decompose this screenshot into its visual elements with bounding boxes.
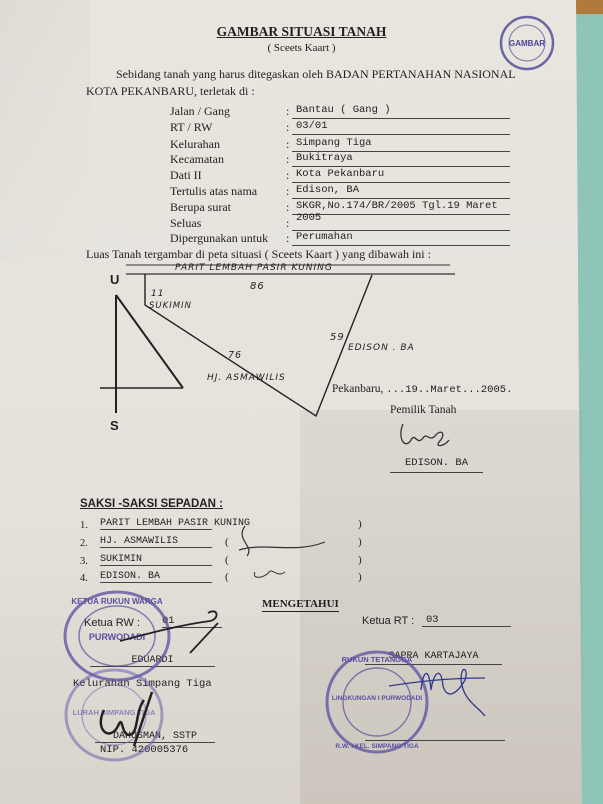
field-value: Bantau ( Gang ) bbox=[292, 104, 510, 119]
field-colon: : bbox=[286, 231, 289, 246]
witness-name: PARIT LEMBAH PASIR KUNING bbox=[100, 518, 212, 530]
signing-date: Pekanbaru, ...19..Maret...2005. bbox=[332, 383, 512, 396]
rt-label: Ketua RT : bbox=[362, 615, 414, 627]
witnesses-title: SAKSI -SAKSI SEPADAN : bbox=[80, 498, 223, 510]
neighbor-west-label: SUKIMIN bbox=[149, 301, 192, 311]
field-row: Berupa surat:SKGR,No.174/BR/2005 Tgl.19 … bbox=[170, 200, 515, 216]
area-caption: Luas Tanah tergambar di peta situasi ( S… bbox=[86, 247, 431, 262]
owner-role-label: Pemilik Tanah bbox=[390, 404, 456, 416]
witness-name: HJ. ASMAWILIS bbox=[100, 536, 212, 548]
witness-number: 2. bbox=[80, 538, 88, 549]
witness-number: 3. bbox=[80, 556, 88, 567]
boundary-north-label: PARIT LEMBAH PASIR KUNING bbox=[175, 263, 333, 273]
svg-text:R.W. I KEL. SIMPANG TIGA: R.W. I KEL. SIMPANG TIGA bbox=[335, 743, 419, 750]
compass-north-label: U bbox=[110, 272, 119, 287]
field-label: Jalan / Gang bbox=[170, 104, 230, 119]
witness-name: EDISON. BA bbox=[100, 571, 212, 583]
neighbor-east-label: EDISON . BA bbox=[348, 343, 415, 353]
field-row: Dipergunakan untuk:Perumahan bbox=[170, 231, 515, 247]
southwest-side-length: 76 bbox=[228, 350, 242, 361]
field-row: Tertulis atas nama:Edison, BA bbox=[170, 184, 515, 200]
field-colon: : bbox=[286, 200, 289, 215]
field-value: 03/01 bbox=[292, 120, 510, 135]
field-colon: : bbox=[286, 152, 289, 167]
field-value bbox=[292, 216, 510, 231]
lurah-signature bbox=[90, 690, 170, 750]
field-row: Kecamatan:Bukitraya bbox=[170, 152, 515, 168]
field-colon: : bbox=[286, 137, 289, 152]
field-row: RT / RW:03/01 bbox=[170, 120, 515, 136]
rt-value: 03 bbox=[422, 614, 511, 627]
rw-signature bbox=[90, 603, 230, 663]
owner-name: EDISON. BA bbox=[390, 457, 483, 473]
signing-place: Pekanbaru, bbox=[332, 383, 383, 395]
witness-signatures bbox=[225, 520, 335, 585]
neighbor-southwest-label: HJ. ASMAWILIS bbox=[207, 373, 286, 383]
field-value: Kota Pekanbaru bbox=[292, 168, 510, 183]
field-label: Kelurahan bbox=[170, 137, 220, 152]
field-row: Kelurahan:Simpang Tiga bbox=[170, 137, 515, 153]
field-colon: : bbox=[286, 184, 289, 199]
field-label: RT / RW bbox=[170, 120, 212, 135]
rt-signature bbox=[385, 660, 505, 720]
field-label: Dipergunakan untuk bbox=[170, 231, 268, 246]
field-label: Dati II bbox=[170, 168, 202, 183]
svg-text:GAMBAR: GAMBAR bbox=[509, 39, 545, 48]
east-side-length: 59 bbox=[330, 332, 345, 343]
field-colon: : bbox=[286, 216, 289, 231]
field-colon: : bbox=[286, 120, 289, 135]
field-label: Seluas bbox=[170, 216, 201, 231]
field-label: Berupa surat bbox=[170, 200, 231, 215]
field-value: Simpang Tiga bbox=[292, 137, 510, 152]
field-value: Bukitraya bbox=[292, 152, 510, 167]
field-label: Tertulis atas nama bbox=[170, 184, 257, 199]
field-row: Jalan / Gang:Bantau ( Gang ) bbox=[170, 104, 515, 120]
witness-close-paren: ) bbox=[358, 554, 362, 566]
field-row: Seluas: bbox=[170, 216, 515, 232]
signing-day: 19 bbox=[405, 384, 418, 396]
approval-title: MENGETAHUI bbox=[262, 598, 339, 612]
witness-close-paren: ) bbox=[358, 536, 362, 548]
witness-close-paren: ) bbox=[358, 518, 362, 530]
field-colon: : bbox=[286, 104, 289, 119]
signing-year: 2005 bbox=[481, 384, 506, 396]
witness-name: SUKIMIN bbox=[100, 554, 212, 566]
intro-paragraph: Sebidang tanah yang harus ditegaskan ole… bbox=[86, 66, 526, 100]
west-side-length: 11 bbox=[151, 289, 164, 299]
witness-close-paren: ) bbox=[358, 571, 362, 583]
compass-south-label: S bbox=[110, 418, 119, 433]
witness-number: 1. bbox=[80, 520, 88, 531]
field-value: SKGR,No.174/BR/2005 Tgl.19 Maret 2005 bbox=[292, 200, 510, 215]
signing-month: Maret bbox=[430, 384, 462, 396]
field-value: Perumahan bbox=[292, 231, 510, 246]
witness-number: 4. bbox=[80, 573, 88, 584]
field-label: Kecamatan bbox=[170, 152, 224, 167]
top-right-stamp: GAMBAR bbox=[498, 14, 556, 72]
north-side-length: 86 bbox=[250, 281, 265, 292]
field-value: Edison, BA bbox=[292, 184, 510, 199]
field-colon: : bbox=[286, 168, 289, 183]
field-row: Dati II:Kota Pekanbaru bbox=[170, 168, 515, 184]
owner-signature bbox=[395, 420, 455, 456]
